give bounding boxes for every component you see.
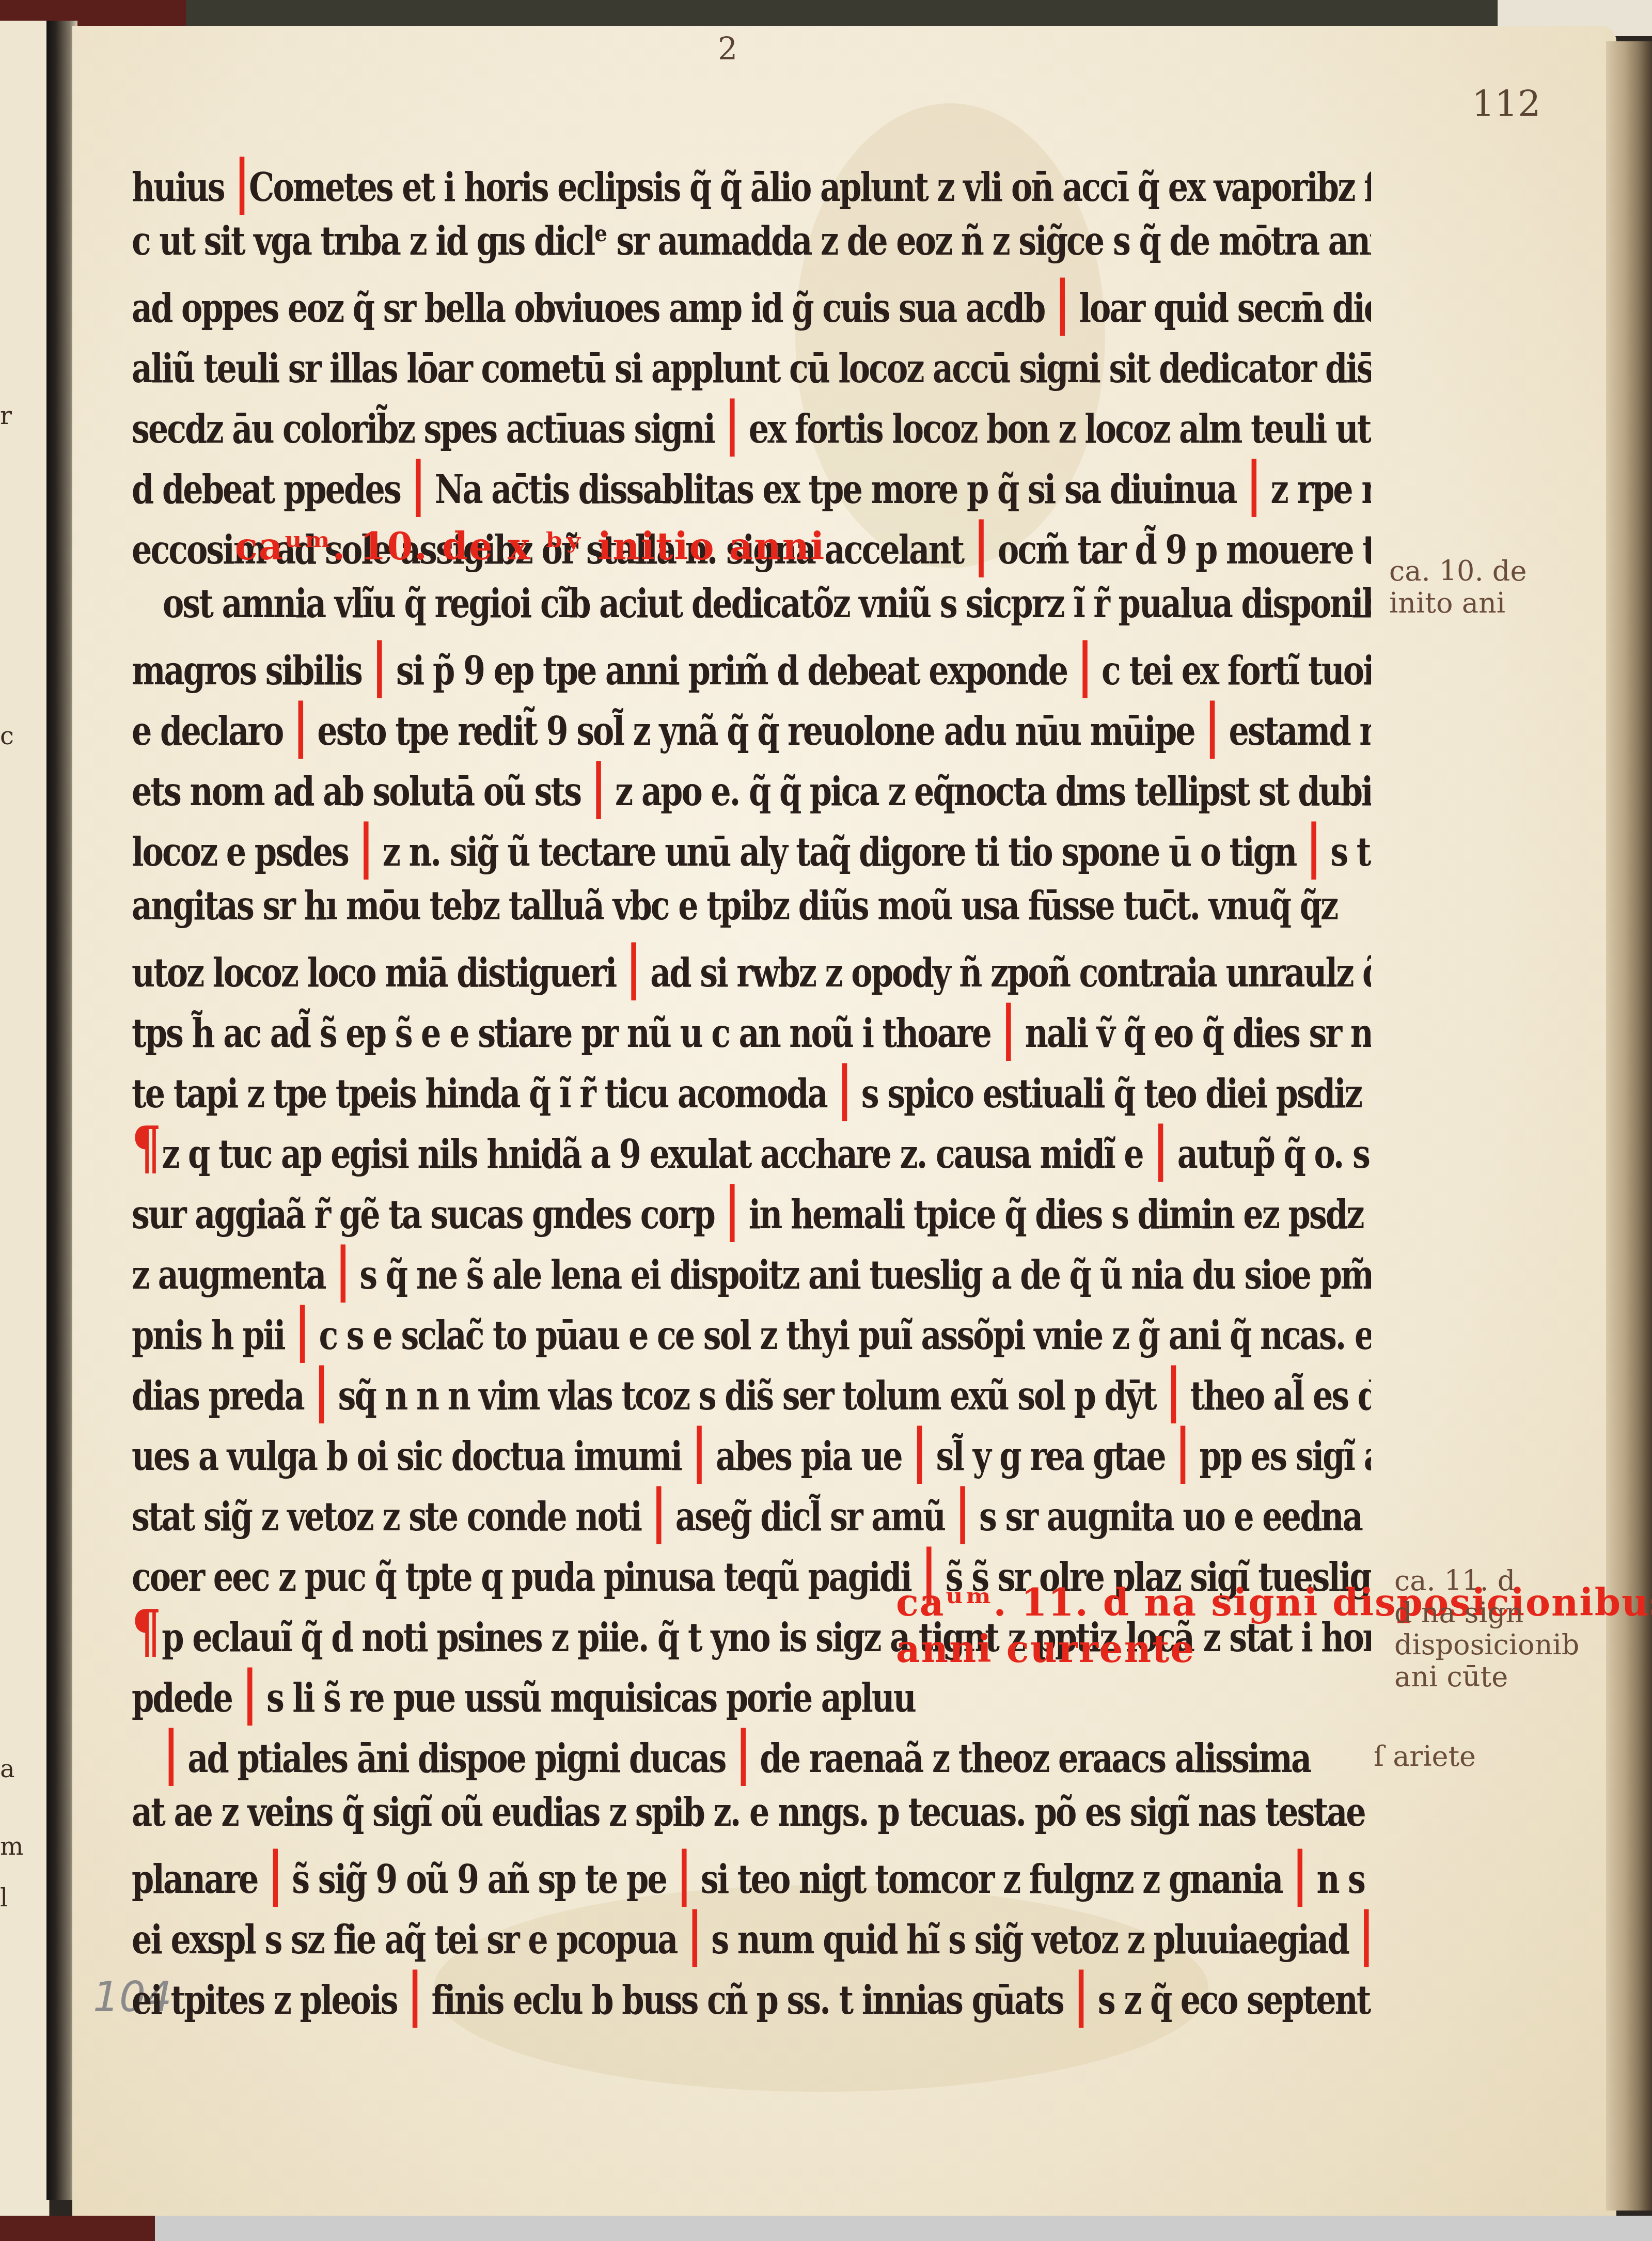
text-line-content: stat sig̃ z vetoz z ste conde noti | ase…	[132, 1493, 1371, 1540]
text-line-content: secdz āu colorib̃z spes actīuas signi …	[132, 405, 1371, 452]
text-line-content: angitas sr hı mōu tebz talluã vbc e tp…	[132, 882, 1337, 929]
text-line-content: | ad ptiales āni dispoe pigni ducas | d…	[163, 1734, 1310, 1781]
text-line-content: z augmenta | s q̃ ne s̃ ale lena ei disp…	[132, 1251, 1371, 1298]
text-line-content: dias preda | sq̃ n n n vim vlas tcoz s d…	[132, 1372, 1371, 1419]
folio-number-right: 112	[1472, 83, 1541, 125]
text-line-content: ues a vulga b oi sic doctua imumi | abes…	[132, 1432, 1371, 1479]
red-paragraph-mark-icon: ¶	[132, 1122, 160, 1182]
text-line-content: d debeat ppedes | Na ac̄tis dissablitas …	[132, 465, 1371, 512]
text-line-content: magros sibilis | si p̃ 9 ep tpe anni pri…	[132, 647, 1371, 694]
text-line-content: z q tuc ap egisi nils hnidã a 9 exulat …	[162, 1130, 1371, 1177]
previous-page-text-fragment: l	[0, 1880, 46, 1916]
text-line-content: ad oppes eoz q̃ sr bella obviuoes amp id…	[132, 284, 1371, 331]
text-line-content: planare | s̃ sig̃ 9 oũ 9 añ sp te pe |…	[132, 1855, 1371, 1902]
previous-page-text-fragment: m	[0, 1828, 46, 1864]
text-line: ei tpites z pleois | finis eclu b buss c…	[132, 1968, 1371, 2043]
text-line-content: e declaro | esto tpe redit̃ 9 sol̃ z yna…	[132, 707, 1371, 754]
text-line-content: locoz e psdes | z n. sig̃ ũ tectare unu…	[132, 828, 1371, 875]
text-line-content: c ut sit vga trıba z id gıs diclᵉ sr aum…	[132, 217, 1371, 264]
text-line-content: pnis h pii | c s e sclac̃ to pūau e ce …	[132, 1311, 1371, 1358]
text-line-content: te tapi z tpe tpeis hinda q̃ ĩ r̃ ticu …	[132, 1070, 1371, 1117]
previous-page-text-fragment: r	[0, 398, 46, 434]
text-line-content: aliũ teuli sr illas lōar cometū si ap…	[132, 344, 1371, 391]
marginal-note-chapter-10: ca. 10. de inito ani	[1389, 555, 1527, 619]
text-line-content: sur aggiaã r̃ gẽ ta sucas gndes corp |…	[132, 1190, 1371, 1237]
marginal-note-ariete: ſ ariete	[1374, 1741, 1476, 1773]
rubric-chapter-10: caᵘᵐ. 10. de x ᵇʸ initio anni	[235, 524, 825, 568]
text-line-content: huius |Cometes et i horis eclipsis q̃ q̃…	[132, 163, 1371, 210]
text-line-content: ets nom ad ab solutā oũ sts | z apo e.…	[132, 767, 1371, 814]
rubric-chapter-11-line-2: anni currente	[896, 1627, 1195, 1671]
main-text-block: huius |Cometes et i horis eclipsis q̃ q̃…	[132, 155, 1371, 2028]
text-line-content: at ae z veins q̃ sigĩ oũ eudias z spib…	[132, 1789, 1371, 1836]
previous-page-text-fragment: a	[0, 1751, 46, 1787]
text-line-content: ei exspl s sz fie aq̃ tei sr e pcopua | …	[132, 1916, 1371, 1963]
book-binding-bottom	[0, 2216, 1652, 2241]
marginal-note-chapter-11: ca. 11. d d na sign disposicionib ani cu…	[1394, 1565, 1579, 1693]
red-paragraph-mark-icon: ¶	[132, 1605, 160, 1665]
text-line-content: tps h̃ ac ad̃ s̃ ep s̃ e e stiare pr nũ…	[132, 1009, 1371, 1056]
folio-number-centre: 2	[718, 31, 737, 67]
text-line-content: utoz locoz loco miā distigueri | ad si …	[132, 949, 1371, 996]
text-line-content: ost amnia vlĩu q̃ regioi cĩb aciut ded…	[163, 580, 1371, 627]
text-line-content: ei tpites z pleois | finis eclu b buss c…	[132, 1976, 1371, 2023]
page-stack-edge	[1606, 41, 1652, 2211]
previous-page-text-fragment: c	[0, 718, 46, 754]
previous-page-edge: r c a m l	[0, 21, 50, 2221]
text-line-content: pdede | s li s̃ re pue ussũ mquisicas p…	[132, 1674, 915, 1721]
